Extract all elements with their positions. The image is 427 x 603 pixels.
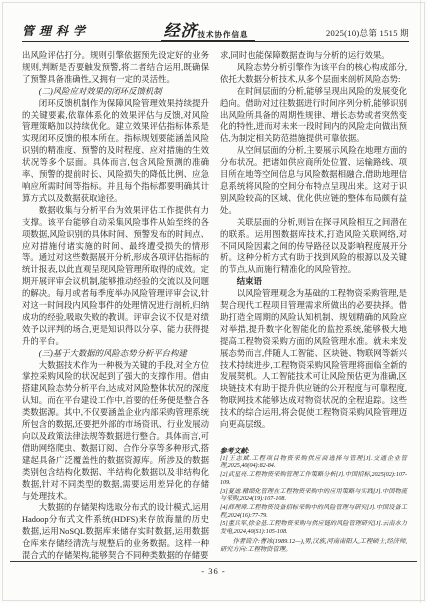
references-title: 参考文献:: [220, 448, 407, 456]
subsection-heading: (三)基于大数据的风险态势分析平台构建: [22, 348, 209, 360]
issue-info: 2025(10)总第 1515 期: [326, 27, 409, 41]
article-body: 出风险评估打分。规则引擎依据预先设定好的业务规则,判断是否要触发预警,将二者结合…: [22, 50, 407, 562]
paragraph: 关联层面的分析,则旨在探寻风险相互之间潜在的联系。运用图数据库技术,打造风险关联…: [220, 217, 407, 277]
paragraph: 数据收集与分析平台为效果评估工作提供有力支撑。该平台能够自动采集风险事件从始至终…: [22, 205, 209, 348]
reference-item: [2]武星亮.工程物资采购管理工作策略分析[J].中国招标,2025(02):1…: [220, 472, 407, 487]
author-bio: 作者简介:曹冰(1989.12—),男,汉族,河南南阳人,工程硕士,经济师,研究…: [220, 538, 407, 555]
paragraph: 大数据的存储架构选取分布式的设计模式,运用Hadoop分布式文件系统(HDFS)…: [22, 502, 209, 562]
reference-item: [5]董兵军,徐金基.工程物资采购与供应链的风险管理研究[J].云南水力发电,2…: [220, 521, 407, 536]
paragraph: 风险态势分析引擎作为该平台的核心构成部分,依托大数据分析技术,从多个层面来剖析风…: [220, 62, 407, 86]
paragraph: 从空间层面的分析,主要展示风险在地理方面的分布状况。把诸如供应商所处位置、运输路…: [220, 145, 407, 216]
paragraph: 大数据技术作为一种极为关键的手段,对全方位掌控采购风险的状况起到了强大的支撑作用…: [22, 360, 209, 503]
section-title: 管理科学: [22, 22, 90, 41]
paragraph: 出风险评估打分。规则引擎依据预先设定好的业务规则,判断是否要触发预警,将二者结合…: [22, 50, 209, 86]
reference-item: [1]王志斌.工程项目物资采购供应商选择与管理[J].交通企业管理,2025,4…: [220, 456, 407, 471]
journal-subtitle: 技术协作信息: [198, 30, 249, 39]
footer-rule: [10, 561, 417, 562]
page-header: 管理科学 经济 技术协作信息 2025(10)总第 1515 期: [22, 21, 409, 42]
journal-masthead: 经济 技术协作信息: [161, 25, 254, 41]
journal-page: 管理科学 经济 技术协作信息 2025(10)总第 1515 期 出风险评估打分…: [0, 0, 427, 603]
left-column: 出风险评估打分。规则引擎依据预先设定好的业务规则,判断是否要触发预警,将二者结合…: [22, 50, 209, 562]
references-section: 参考文献: [1]王志斌.工程项目物资采购供应商选择与管理[J].交通企业管理,…: [220, 448, 407, 537]
paragraph: 求,同时也能保障数据查询与分析的运行效果。: [220, 50, 407, 62]
subsection-heading: (二)风险应对效果的闭环反馈机制: [22, 86, 209, 98]
reference-item: [3]夏迪.精细化管理在工程物资采购中的应用策略与实践[J].中国物流与采购,2…: [220, 489, 407, 504]
page-number: - 36 -: [0, 566, 427, 576]
paragraph: 以风险管理观念为基础的工程物资采购管理,是契合现代工程项目管理需求所做出的必要抉…: [220, 288, 407, 431]
paragraph: 在时间层面的分析,能够呈现出风险的发展变化趋向。借助对过往数据进行时间序列分析,…: [220, 86, 407, 146]
journal-logo: 经济: [163, 25, 197, 39]
reference-item: [4]薛理璋.工程物资设备招标采购中的风险管理与研究[J].中国设备工程,202…: [220, 505, 407, 520]
paragraph: 闭环反馈机制作为保障风险管理效果持续提升的关键要素,依靠体系化的效果评估与反馈,…: [22, 98, 209, 205]
conclusion-heading: 结束语: [220, 276, 407, 288]
scan-edge-right: [420, 0, 421, 603]
right-column: 求,同时也能保障数据查询与分析的运行效果。 风险态势分析引擎作为该平台的核心构成…: [220, 50, 407, 562]
